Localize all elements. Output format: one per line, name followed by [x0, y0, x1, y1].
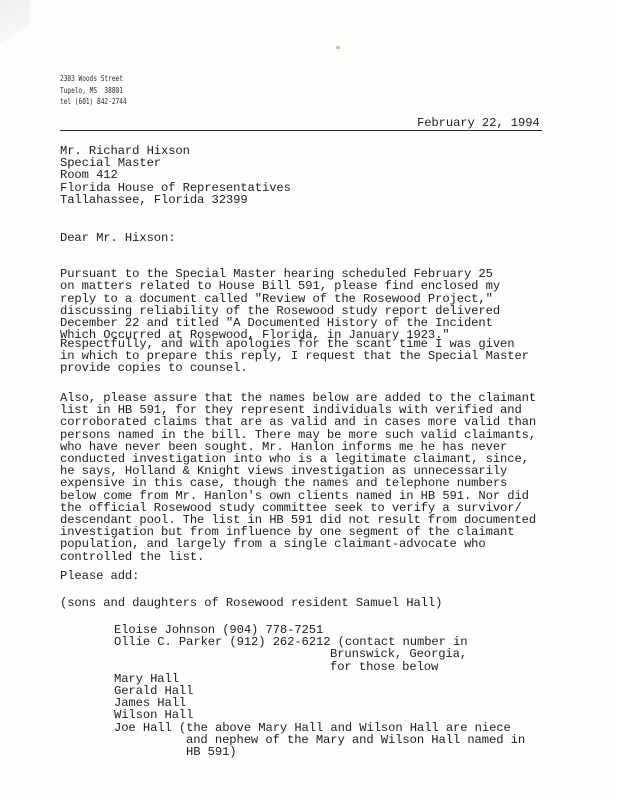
claimant-note-line: and nephew of the Mary and Wilson Hall n…: [114, 734, 525, 746]
claimant-list: Eloise Johnson (904) 778-7251Ollie C. Pa…: [114, 624, 525, 758]
claimant-note-line: for those below: [114, 661, 525, 673]
please-add-heading: Please add:: [60, 570, 139, 582]
recipient-city: Tallahassee, Florida 32399: [60, 194, 291, 206]
sender-address: 2303 Woods StreetTupelo, MS 38801tel (60…: [60, 73, 127, 108]
header-rule: [60, 130, 542, 131]
sender-phone: tel (601) 842-2744: [60, 96, 127, 108]
recipient-address: Mr. Richard HixsonSpecial MasterRoom 412…: [60, 145, 291, 206]
paragraph-line: provide copies to counsel.: [60, 362, 529, 374]
paragraph-line: expensive in this case, though the names…: [60, 477, 536, 489]
paragraph-line: corroborated claims that are as valid an…: [60, 416, 536, 428]
claimant-note-line: HB 591): [114, 746, 525, 758]
recipient-room: Room 412: [60, 169, 291, 181]
letter-date: February 22, 1994: [417, 117, 540, 130]
sender-city: Tupelo, MS 38801: [60, 85, 127, 97]
paragraph-line: reply to a document called "Review of th…: [60, 293, 500, 305]
paragraph-line: on matters related to House Bill 591, pl…: [60, 280, 500, 292]
paragraph-3: Also, please assure that the names below…: [60, 392, 536, 563]
page-fold-shadow: [0, 0, 30, 60]
claimant-note-line: Brunswick, Georgia,: [114, 648, 525, 660]
paragraph-1: Pursuant to the Special Master hearing s…: [60, 256, 500, 341]
claimant-joe-hall: Joe Hall (the above Mary Hall and Wilson…: [114, 722, 525, 734]
paragraph-line: persons named in the bill. There may be …: [60, 429, 536, 441]
paragraph-2: Respectfully, and with apologies for the…: [60, 338, 529, 375]
recipient-org: Florida House of Representatives: [60, 182, 291, 194]
salutation: Dear Mr. Hixson:: [60, 232, 175, 244]
paragraph-line: population, and largely from a single cl…: [60, 538, 536, 550]
paragraph-line: below come from Mr. Hanlon's own clients…: [60, 490, 536, 502]
paper-speck: [336, 46, 340, 49]
claimant-wilson-hall: Wilson Hall: [114, 709, 525, 721]
group-note: (sons and daughters of Rosewood resident…: [60, 597, 442, 609]
paragraph-line: controlled the list.: [60, 551, 536, 563]
sender-street: 2303 Woods Street: [60, 73, 127, 85]
